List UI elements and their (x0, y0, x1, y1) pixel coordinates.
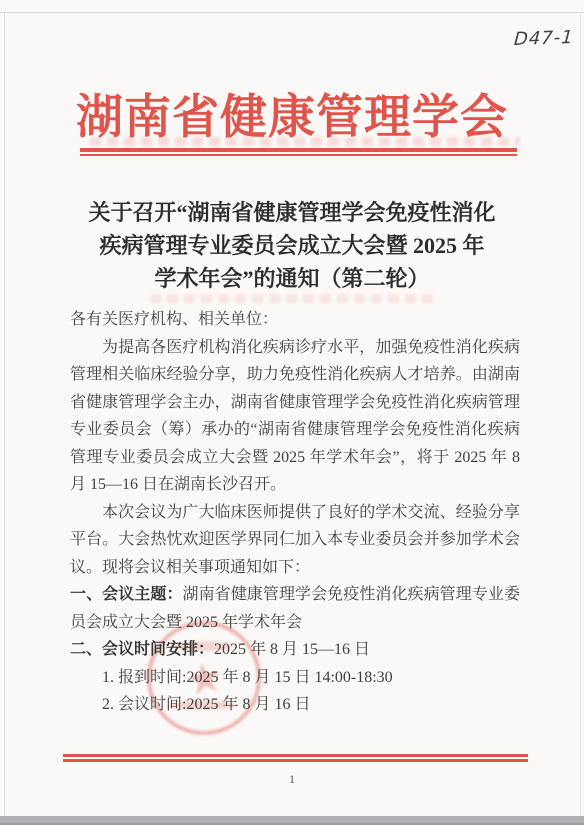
scanner-bottom-shadow (0, 816, 584, 825)
list-item: 1. 报到时间:2025 年 8 月 15 日 14:00-18:30 (70, 664, 520, 692)
document-title: 关于召开“湖南省健康管理学会免疫性消化 疾病管理专业委员会成立大会暨 2025 … (30, 196, 554, 295)
item-label: 二、会议时间安排： (70, 641, 214, 658)
notice-body: 各有关医疗机构、相关单位：为提高各医疗机构消化疾病诊疗水平，加强免疫性消化疾病管… (70, 306, 520, 719)
paragraph: 各有关医疗机构、相关单位： (70, 306, 520, 334)
ink-bleed-through-strip (90, 137, 520, 146)
paragraph: 二、会议时间安排：2025 年 8 月 15—16 日 (70, 636, 520, 664)
list-item: 2. 会议时间:2025 年 8 月 16 日 (70, 691, 520, 719)
document-title-line-3: 学术年会”的通知（第二轮） (30, 262, 554, 295)
paragraph: 为提高各医疗机构消化疾病诊疗水平，加强免疫性消化疾病管理相关临床经验分享，助力免… (70, 334, 520, 499)
page-top-edge (0, 12, 584, 13)
letterhead-divider-rule (80, 148, 517, 156)
paragraph: 一、会议主题：湖南省健康管理学会免疫性消化疾病管理专业委员会成立大会暨 2025… (70, 581, 520, 636)
ink-bleed-through-strip (150, 294, 438, 303)
paragraph: 本次会议为广大临床医师提供了良好的学术交流、经验分享平台。大会热忱欢迎医学界同仁… (70, 499, 520, 582)
item-label: 一、会议主题： (70, 586, 183, 603)
document-title-line-1: 关于召开“湖南省健康管理学会免疫性消化 (30, 196, 554, 229)
scanned-notice-page: D47-1 湖南省健康管理学会 关于召开“湖南省健康管理学会免疫性消化 疾病管理… (0, 0, 584, 825)
page-number: 1 (0, 772, 584, 787)
document-title-line-2: 疾病管理专业委员会成立大会暨 2025 年 (30, 229, 554, 262)
footer-divider-rule (63, 754, 528, 762)
handwritten-annotation: D47-1 (513, 27, 574, 50)
